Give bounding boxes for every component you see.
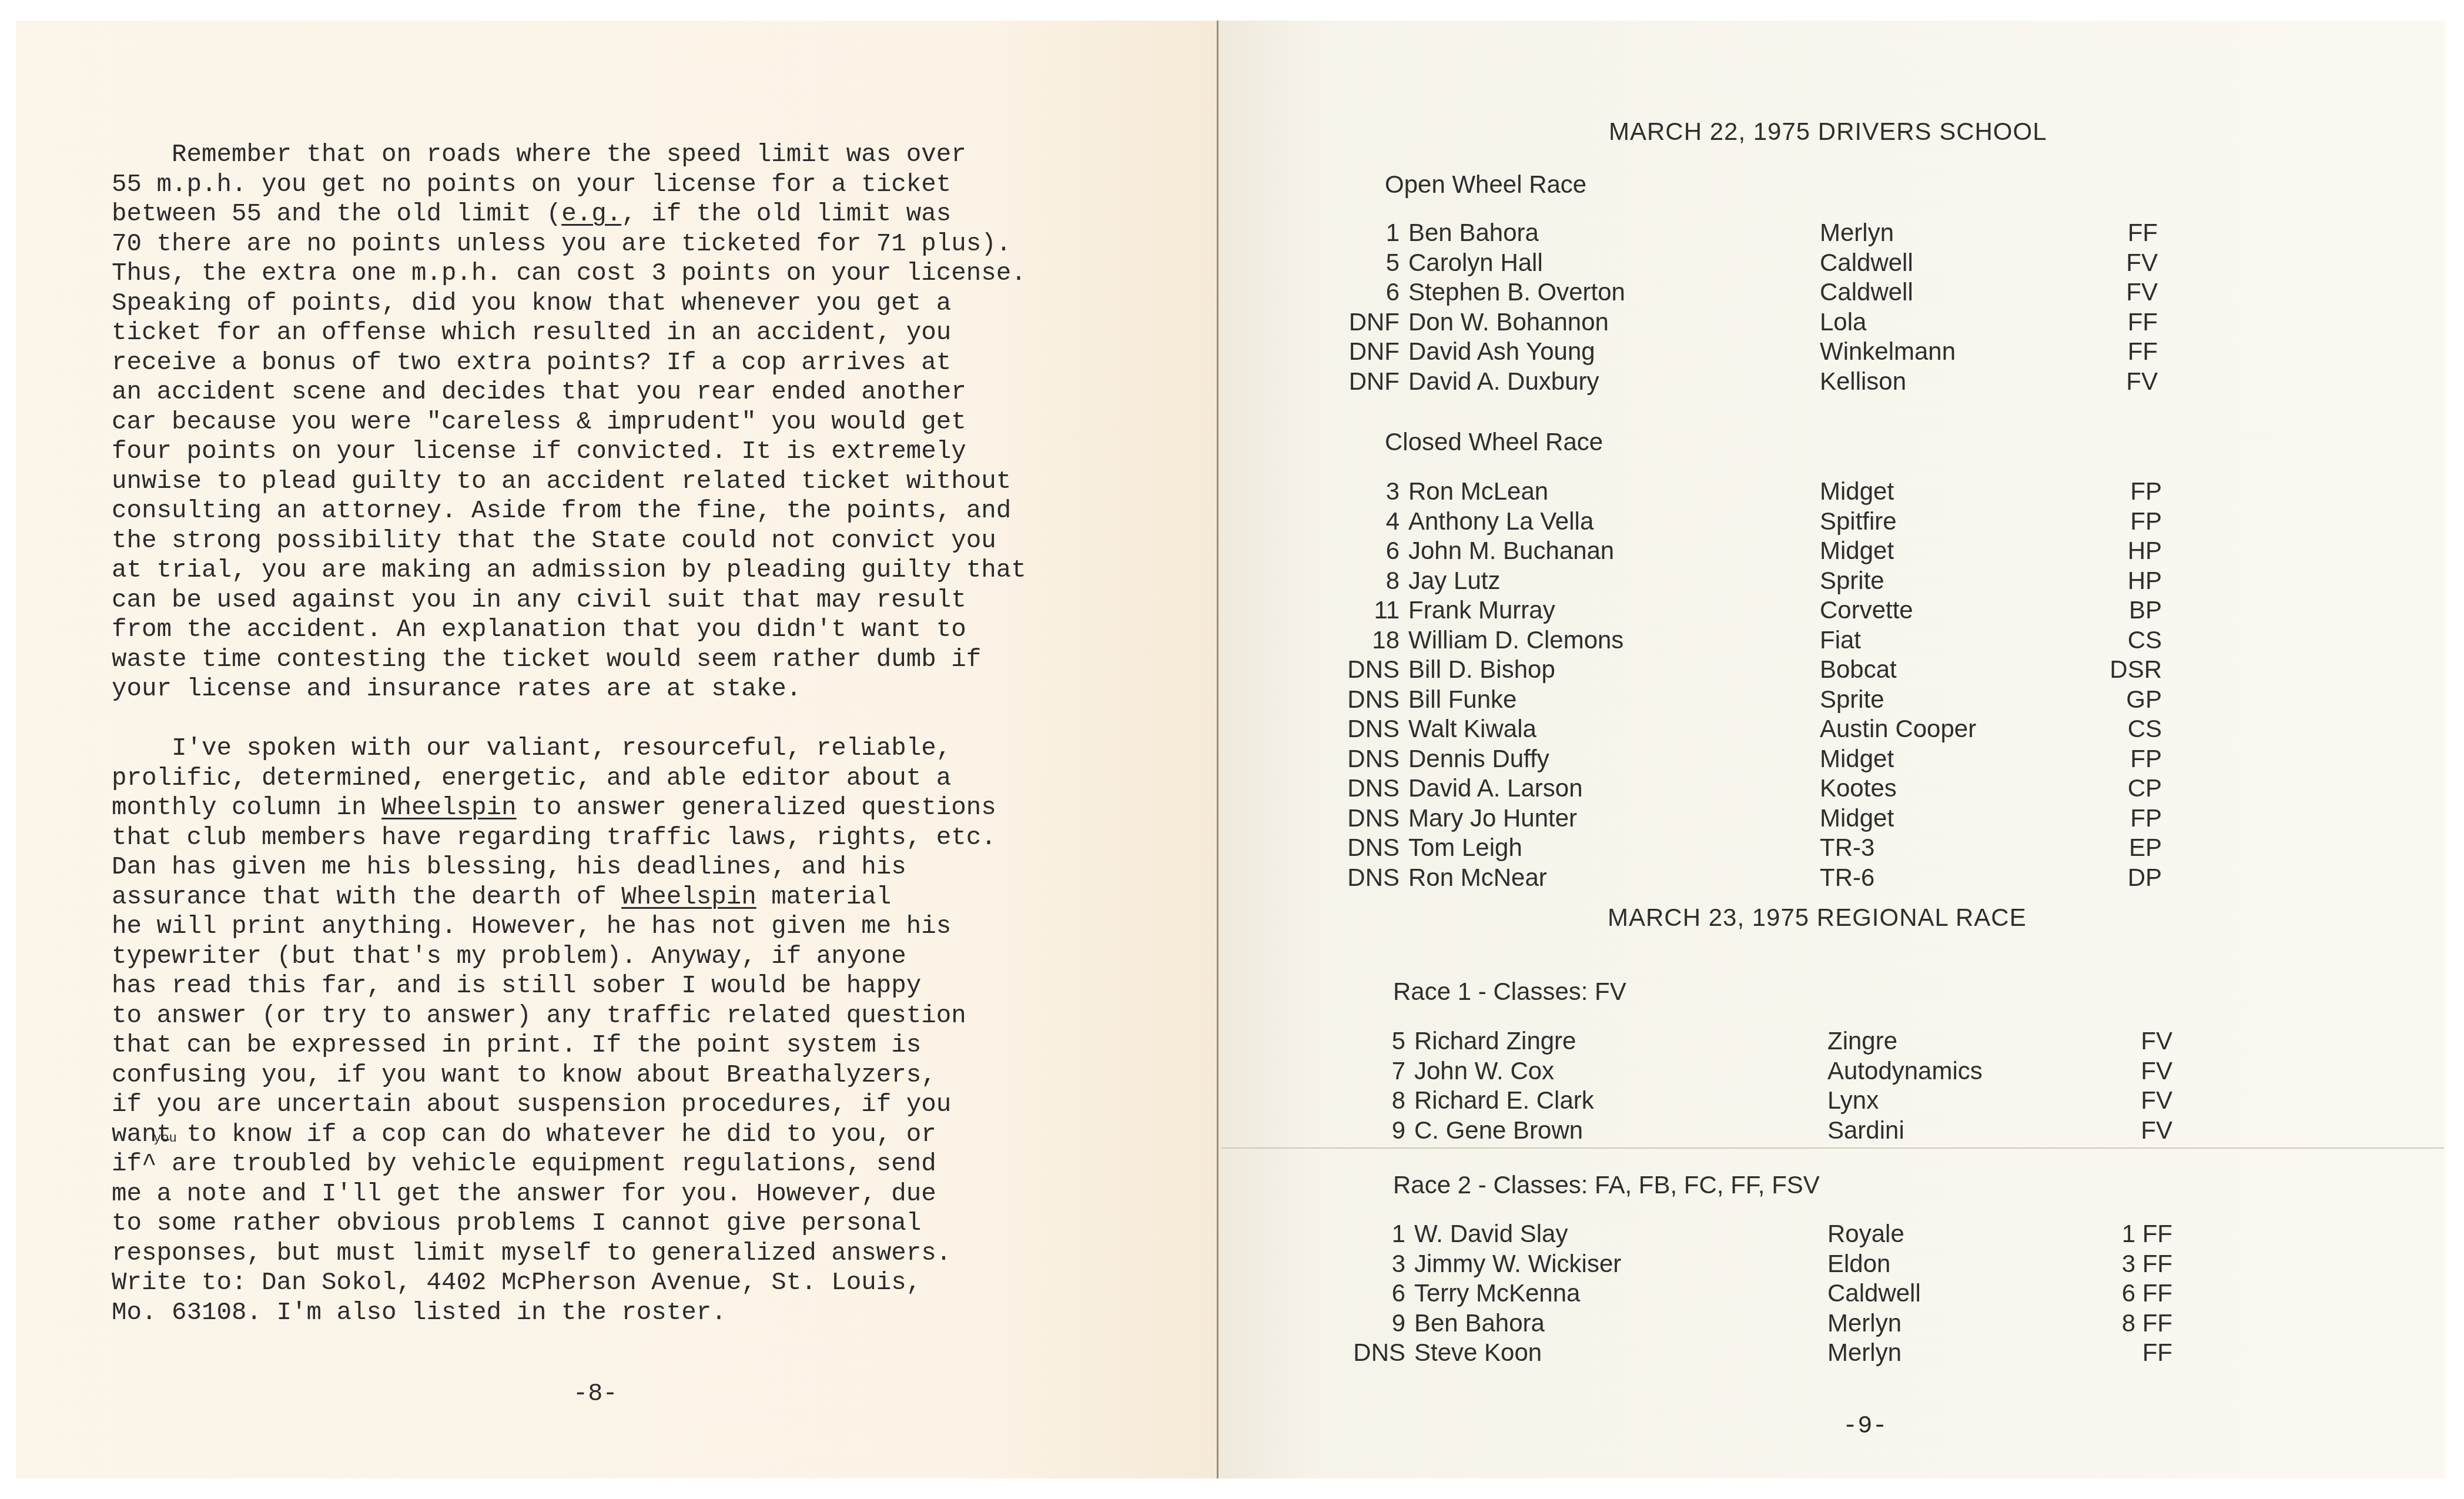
driver-name: Ron McNear: [1408, 864, 1547, 892]
article-line: Mo. 63108. I'm also listed in the roster…: [112, 1298, 1026, 1328]
right-page: MARCH 22, 1975 DRIVERS SCHOOL Open Wheel…: [1218, 21, 2445, 1478]
car-class: HP: [2091, 567, 2162, 595]
result-row: DNFDon W. BohannonLolaFF: [1347, 308, 2228, 337]
result-row: 4Anthony La VellaSpitfireFP: [1347, 507, 2228, 537]
article-line: confusing you, if you want to know about…: [112, 1060, 1026, 1090]
article-line: can be used against you in any civil sui…: [112, 585, 1026, 615]
driver-name: Frank Murray: [1408, 596, 1555, 624]
car-class: 3 FF: [2102, 1250, 2172, 1278]
driver-name: Ben Bahora: [1408, 219, 1539, 247]
result-row: DNSDavid A. LarsonKootesCP: [1347, 774, 2228, 804]
article-line: ifyou^ are troubled by vehicle equipment…: [112, 1149, 1026, 1179]
car-class: FP: [2091, 477, 2162, 506]
article-line: the strong possibility that the State co…: [112, 526, 1026, 556]
driver-name: Anthony La Vella: [1408, 507, 1593, 536]
car-class: GP: [2091, 685, 2162, 714]
result-row: DNSTom LeighTR-3EP: [1347, 834, 2228, 863]
finish-position: DNS: [1347, 774, 1400, 802]
driver-name: Don W. Bohannon: [1408, 308, 1609, 336]
article-line: your license and insurance rates are at …: [112, 674, 1026, 704]
race1-heading: Race 1 - Classes: FV: [1393, 978, 1626, 1006]
result-row: 18William D. ClemonsFiatCS: [1347, 626, 2228, 655]
car-class: FV: [2102, 1027, 2172, 1055]
article-line: Write to: Dan Sokol, 4402 McPherson Aven…: [112, 1268, 1026, 1298]
car-make: Merlyn: [1827, 1309, 1901, 1337]
car-class: 1 FF: [2102, 1220, 2172, 1248]
car-make: TR-3: [1820, 834, 1874, 862]
article-line: if you are uncertain about suspension pr…: [112, 1090, 1026, 1120]
car-make: Caldwell: [1820, 278, 1913, 306]
car-make: Spitfire: [1820, 507, 1897, 536]
driver-name: Walt Kiwala: [1408, 715, 1536, 743]
finish-position: DNS: [1347, 745, 1400, 773]
article-line: I've spoken with our valiant, resourcefu…: [112, 734, 1026, 764]
finish-position: DNF: [1347, 337, 1400, 366]
car-class: FV: [2087, 278, 2158, 306]
driver-name: Steve Koon: [1414, 1339, 1542, 1367]
article-line: 70 there are no points unless you are ti…: [112, 229, 1026, 259]
result-row: DNSBill D. BishopBobcatDSR: [1347, 655, 2228, 685]
result-row: 5Carolyn HallCaldwellFV: [1347, 249, 2228, 278]
article-line: from the accident. An explanation that y…: [112, 615, 1026, 645]
result-row: DNSWalt KiwalaAustin CooperCS: [1347, 715, 2228, 744]
driver-name: Jimmy W. Wickiser: [1414, 1250, 1621, 1278]
car-class: DSR: [2091, 655, 2162, 684]
article-line: to some rather obvious problems I cannot…: [112, 1209, 1026, 1239]
car-make: Autodynamics: [1827, 1057, 1983, 1085]
article-line: an accident scene and decides that you r…: [112, 377, 1026, 407]
finish-position: 5: [1352, 1027, 1405, 1055]
driver-name: W. David Slay: [1414, 1220, 1568, 1248]
result-row: 9Ben BahoraMerlyn8 FF: [1352, 1309, 2234, 1339]
page-number-right: -9-: [1843, 1412, 1887, 1440]
result-row: 6Terry McKennaCaldwell6 FF: [1352, 1279, 2234, 1309]
car-make: Fiat: [1820, 626, 1861, 654]
car-make: Lynx: [1827, 1086, 1879, 1115]
car-make: Winkelmann: [1820, 337, 1956, 366]
driver-name: Mary Jo Hunter: [1408, 804, 1577, 832]
car-make: Midget: [1820, 804, 1894, 832]
result-row: DNSBill FunkeSpriteGP: [1347, 685, 2228, 715]
car-make: Sprite: [1820, 567, 1884, 595]
result-row: DNSSteve KoonMerlynFF: [1352, 1339, 2234, 1368]
result-row: 11Frank MurrayCorvetteBP: [1347, 596, 2228, 625]
open-wheel-heading: Open Wheel Race: [1385, 170, 1586, 199]
article-line: Speaking of points, did you know that wh…: [112, 289, 1026, 319]
finish-position: DNS: [1347, 804, 1400, 832]
car-class: HP: [2091, 537, 2162, 565]
article-line: unwise to plead guilty to an accident re…: [112, 467, 1026, 497]
finish-position: 6: [1347, 537, 1400, 565]
result-row: DNSDennis DuffyMidgetFP: [1347, 745, 2228, 774]
result-row: 3Jimmy W. WickiserEldon3 FF: [1352, 1250, 2234, 1279]
article-line: assurance that with the dearth of Wheels…: [112, 882, 1026, 912]
car-make: Midget: [1820, 745, 1894, 773]
car-class: CS: [2091, 626, 2162, 654]
article-line: Dan has given me his blessing, his deadl…: [112, 852, 1026, 882]
finish-position: 11: [1347, 596, 1400, 624]
car-class: 8 FF: [2102, 1309, 2172, 1337]
finish-position: DNS: [1347, 655, 1400, 684]
car-make: Eldon: [1827, 1250, 1890, 1278]
car-class: DP: [2091, 864, 2162, 892]
car-class: CS: [2091, 715, 2162, 743]
driver-name: Richard E. Clark: [1414, 1086, 1594, 1115]
handwritten-insert: you: [153, 1132, 177, 1145]
driver-name: Ben Bahora: [1414, 1309, 1545, 1337]
closed-wheel-heading: Closed Wheel Race: [1385, 428, 1603, 456]
driver-name: Bill D. Bishop: [1408, 655, 1555, 684]
driver-name: John M. Buchanan: [1408, 537, 1614, 565]
article-line: typewriter (but that's my problem). Anyw…: [112, 942, 1026, 972]
result-row: 5Richard ZingreZingreFV: [1352, 1027, 2234, 1056]
driver-name: David Ash Young: [1408, 337, 1595, 366]
result-row: 3Ron McLeanMidgetFP: [1347, 477, 2228, 507]
regional-race-title: MARCH 23, 1975 REGIONAL RACE: [1608, 904, 2027, 932]
car-make: Royale: [1827, 1220, 1904, 1248]
article-line: prolific, determined, energetic, and abl…: [112, 764, 1026, 794]
car-make: Caldwell: [1827, 1279, 1921, 1307]
driver-name: Ron McLean: [1408, 477, 1548, 506]
article-line: consulting an attorney. Aside from the f…: [112, 496, 1026, 526]
car-class: FV: [2087, 249, 2158, 277]
drivers-school-title: MARCH 22, 1975 DRIVERS SCHOOL: [1609, 118, 2047, 146]
driver-name: Carolyn Hall: [1408, 249, 1543, 277]
article-line: has read this far, and is still sober I …: [112, 971, 1026, 1001]
driver-name: C. Gene Brown: [1414, 1116, 1583, 1145]
article-line: at trial, you are making an admission by…: [112, 556, 1026, 585]
finish-position: DNF: [1347, 308, 1400, 336]
car-make: Merlyn: [1827, 1339, 1901, 1367]
page-number-left: -8-: [573, 1380, 618, 1408]
article-line: monthly column in Wheelspin to answer ge…: [112, 793, 1026, 823]
insertion-caret: you^: [142, 1150, 157, 1178]
finish-position: 9: [1352, 1116, 1405, 1145]
race2-heading: Race 2 - Classes: FA, FB, FC, FF, FSV: [1393, 1171, 1820, 1199]
finish-position: 6: [1347, 278, 1400, 306]
article-line: between 55 and the old limit (e.g., if t…: [112, 199, 1026, 229]
driver-name: John W. Cox: [1414, 1057, 1554, 1085]
car-make: Zingre: [1827, 1027, 1897, 1055]
result-row: DNSMary Jo HunterMidgetFP: [1347, 804, 2228, 834]
finish-position: DNS: [1347, 715, 1400, 743]
car-class: FV: [2102, 1057, 2172, 1085]
article-line: that can be expressed in print. If the p…: [112, 1030, 1026, 1060]
car-class: FV: [2102, 1116, 2172, 1145]
car-class: CP: [2091, 774, 2162, 802]
car-make: Midget: [1820, 537, 1894, 565]
finish-position: DNS: [1352, 1339, 1405, 1367]
car-make: Bobcat: [1820, 655, 1897, 684]
driver-name: Tom Leigh: [1408, 834, 1522, 862]
article-line: Thus, the extra one m.p.h. can cost 3 po…: [112, 259, 1026, 289]
finish-position: 1: [1347, 219, 1400, 247]
divider-rule: [1221, 1147, 2444, 1149]
car-class: FV: [2087, 367, 2158, 396]
car-class: FP: [2091, 804, 2162, 832]
finish-position: DNS: [1347, 864, 1400, 892]
driver-name: Dennis Duffy: [1408, 745, 1549, 773]
finish-position: 4: [1347, 507, 1400, 536]
car-make: Corvette: [1820, 596, 1913, 624]
car-class: EP: [2091, 834, 2162, 862]
finish-position: 18: [1347, 626, 1400, 654]
car-class: FV: [2102, 1086, 2172, 1115]
article-line: car because you were "careless & imprude…: [112, 407, 1026, 437]
article-line: responses, but must limit myself to gene…: [112, 1239, 1026, 1269]
article-line: four points on your license if convicted…: [112, 437, 1026, 467]
underlined-term: Wheelspin: [381, 794, 517, 822]
finish-position: 9: [1352, 1309, 1405, 1337]
driver-name: William D. Clemons: [1408, 626, 1623, 654]
result-row: 8Richard E. ClarkLynxFV: [1352, 1086, 2234, 1116]
finish-position: DNF: [1347, 367, 1400, 396]
article-line: 55 m.p.h. you get no points on your lice…: [112, 170, 1026, 200]
result-row: 8Jay LutzSpriteHP: [1347, 567, 2228, 596]
underlined-term: Wheelspin: [621, 883, 756, 911]
result-row: 6Stephen B. OvertonCaldwellFV: [1347, 278, 2228, 307]
driver-name: Stephen B. Overton: [1408, 278, 1625, 306]
car-class: FF: [2087, 308, 2158, 336]
finish-position: DNS: [1347, 834, 1400, 862]
car-class: FF: [2087, 219, 2158, 247]
result-row: DNFDavid Ash YoungWinkelmannFF: [1347, 337, 2228, 367]
car-make: Austin Cooper: [1820, 715, 1976, 743]
car-make: TR-6: [1820, 864, 1874, 892]
underlined-term: e.g.: [561, 200, 621, 228]
car-make: Caldwell: [1820, 249, 1913, 277]
result-row: 7John W. CoxAutodynamicsFV: [1352, 1057, 2234, 1086]
car-make: Merlyn: [1820, 219, 1894, 247]
finish-position: 3: [1352, 1250, 1405, 1278]
car-make: Lola: [1820, 308, 1866, 336]
car-make: Kellison: [1820, 367, 1906, 396]
newsletter-spread: Remember that on roads where the speed l…: [16, 21, 2445, 1478]
finish-position: 1: [1352, 1220, 1405, 1248]
article-line: waste time contesting the ticket would s…: [112, 645, 1026, 675]
driver-name: David A. Duxbury: [1408, 367, 1599, 396]
result-row: DNFDavid A. DuxburyKellisonFV: [1347, 367, 2228, 397]
article-line: Remember that on roads where the speed l…: [112, 140, 1026, 170]
result-row: 1W. David SlayRoyale1 FF: [1352, 1220, 2234, 1249]
article-line: ticket for an offense which resulted in …: [112, 318, 1026, 348]
article-line: that club members have regarding traffic…: [112, 823, 1026, 853]
driver-name: Jay Lutz: [1408, 567, 1500, 595]
driver-name: Terry McKenna: [1414, 1279, 1580, 1307]
article-line: me a note and I'll get the answer for yo…: [112, 1179, 1026, 1209]
finish-position: 8: [1347, 567, 1400, 595]
article-line: want to know if a cop can do whatever he…: [112, 1120, 1026, 1150]
car-class: FF: [2087, 337, 2158, 366]
car-class: FP: [2091, 745, 2162, 773]
paragraph-gap: [112, 704, 1026, 734]
car-class: FF: [2102, 1339, 2172, 1367]
article-line: receive a bonus of two extra points? If …: [112, 348, 1026, 378]
left-page: Remember that on roads where the speed l…: [16, 21, 1218, 1478]
car-class: FP: [2091, 507, 2162, 536]
car-class: BP: [2091, 596, 2162, 624]
car-make: Sardini: [1827, 1116, 1904, 1145]
car-make: Sprite: [1820, 685, 1884, 714]
car-make: Midget: [1820, 477, 1894, 506]
car-make: Kootes: [1820, 774, 1897, 802]
result-row: DNSRon McNearTR-6DP: [1347, 864, 2228, 893]
driver-name: Bill Funke: [1408, 685, 1516, 714]
article-line: he will print anything. However, he has …: [112, 912, 1026, 942]
finish-position: 5: [1347, 249, 1400, 277]
driver-name: David A. Larson: [1408, 774, 1583, 802]
finish-position: 8: [1352, 1086, 1405, 1115]
traffic-law-article: Remember that on roads where the speed l…: [112, 140, 1026, 1327]
result-row: 6John M. BuchananMidgetHP: [1347, 537, 2228, 566]
finish-position: 7: [1352, 1057, 1405, 1085]
finish-position: 3: [1347, 477, 1400, 506]
finish-position: DNS: [1347, 685, 1400, 714]
finish-position: 6: [1352, 1279, 1405, 1307]
result-row: 9C. Gene BrownSardiniFV: [1352, 1116, 2234, 1146]
driver-name: Richard Zingre: [1414, 1027, 1576, 1055]
car-class: 6 FF: [2102, 1279, 2172, 1307]
article-line: to answer (or try to answer) any traffic…: [112, 1001, 1026, 1031]
result-row: 1Ben BahoraMerlynFF: [1347, 219, 2228, 248]
